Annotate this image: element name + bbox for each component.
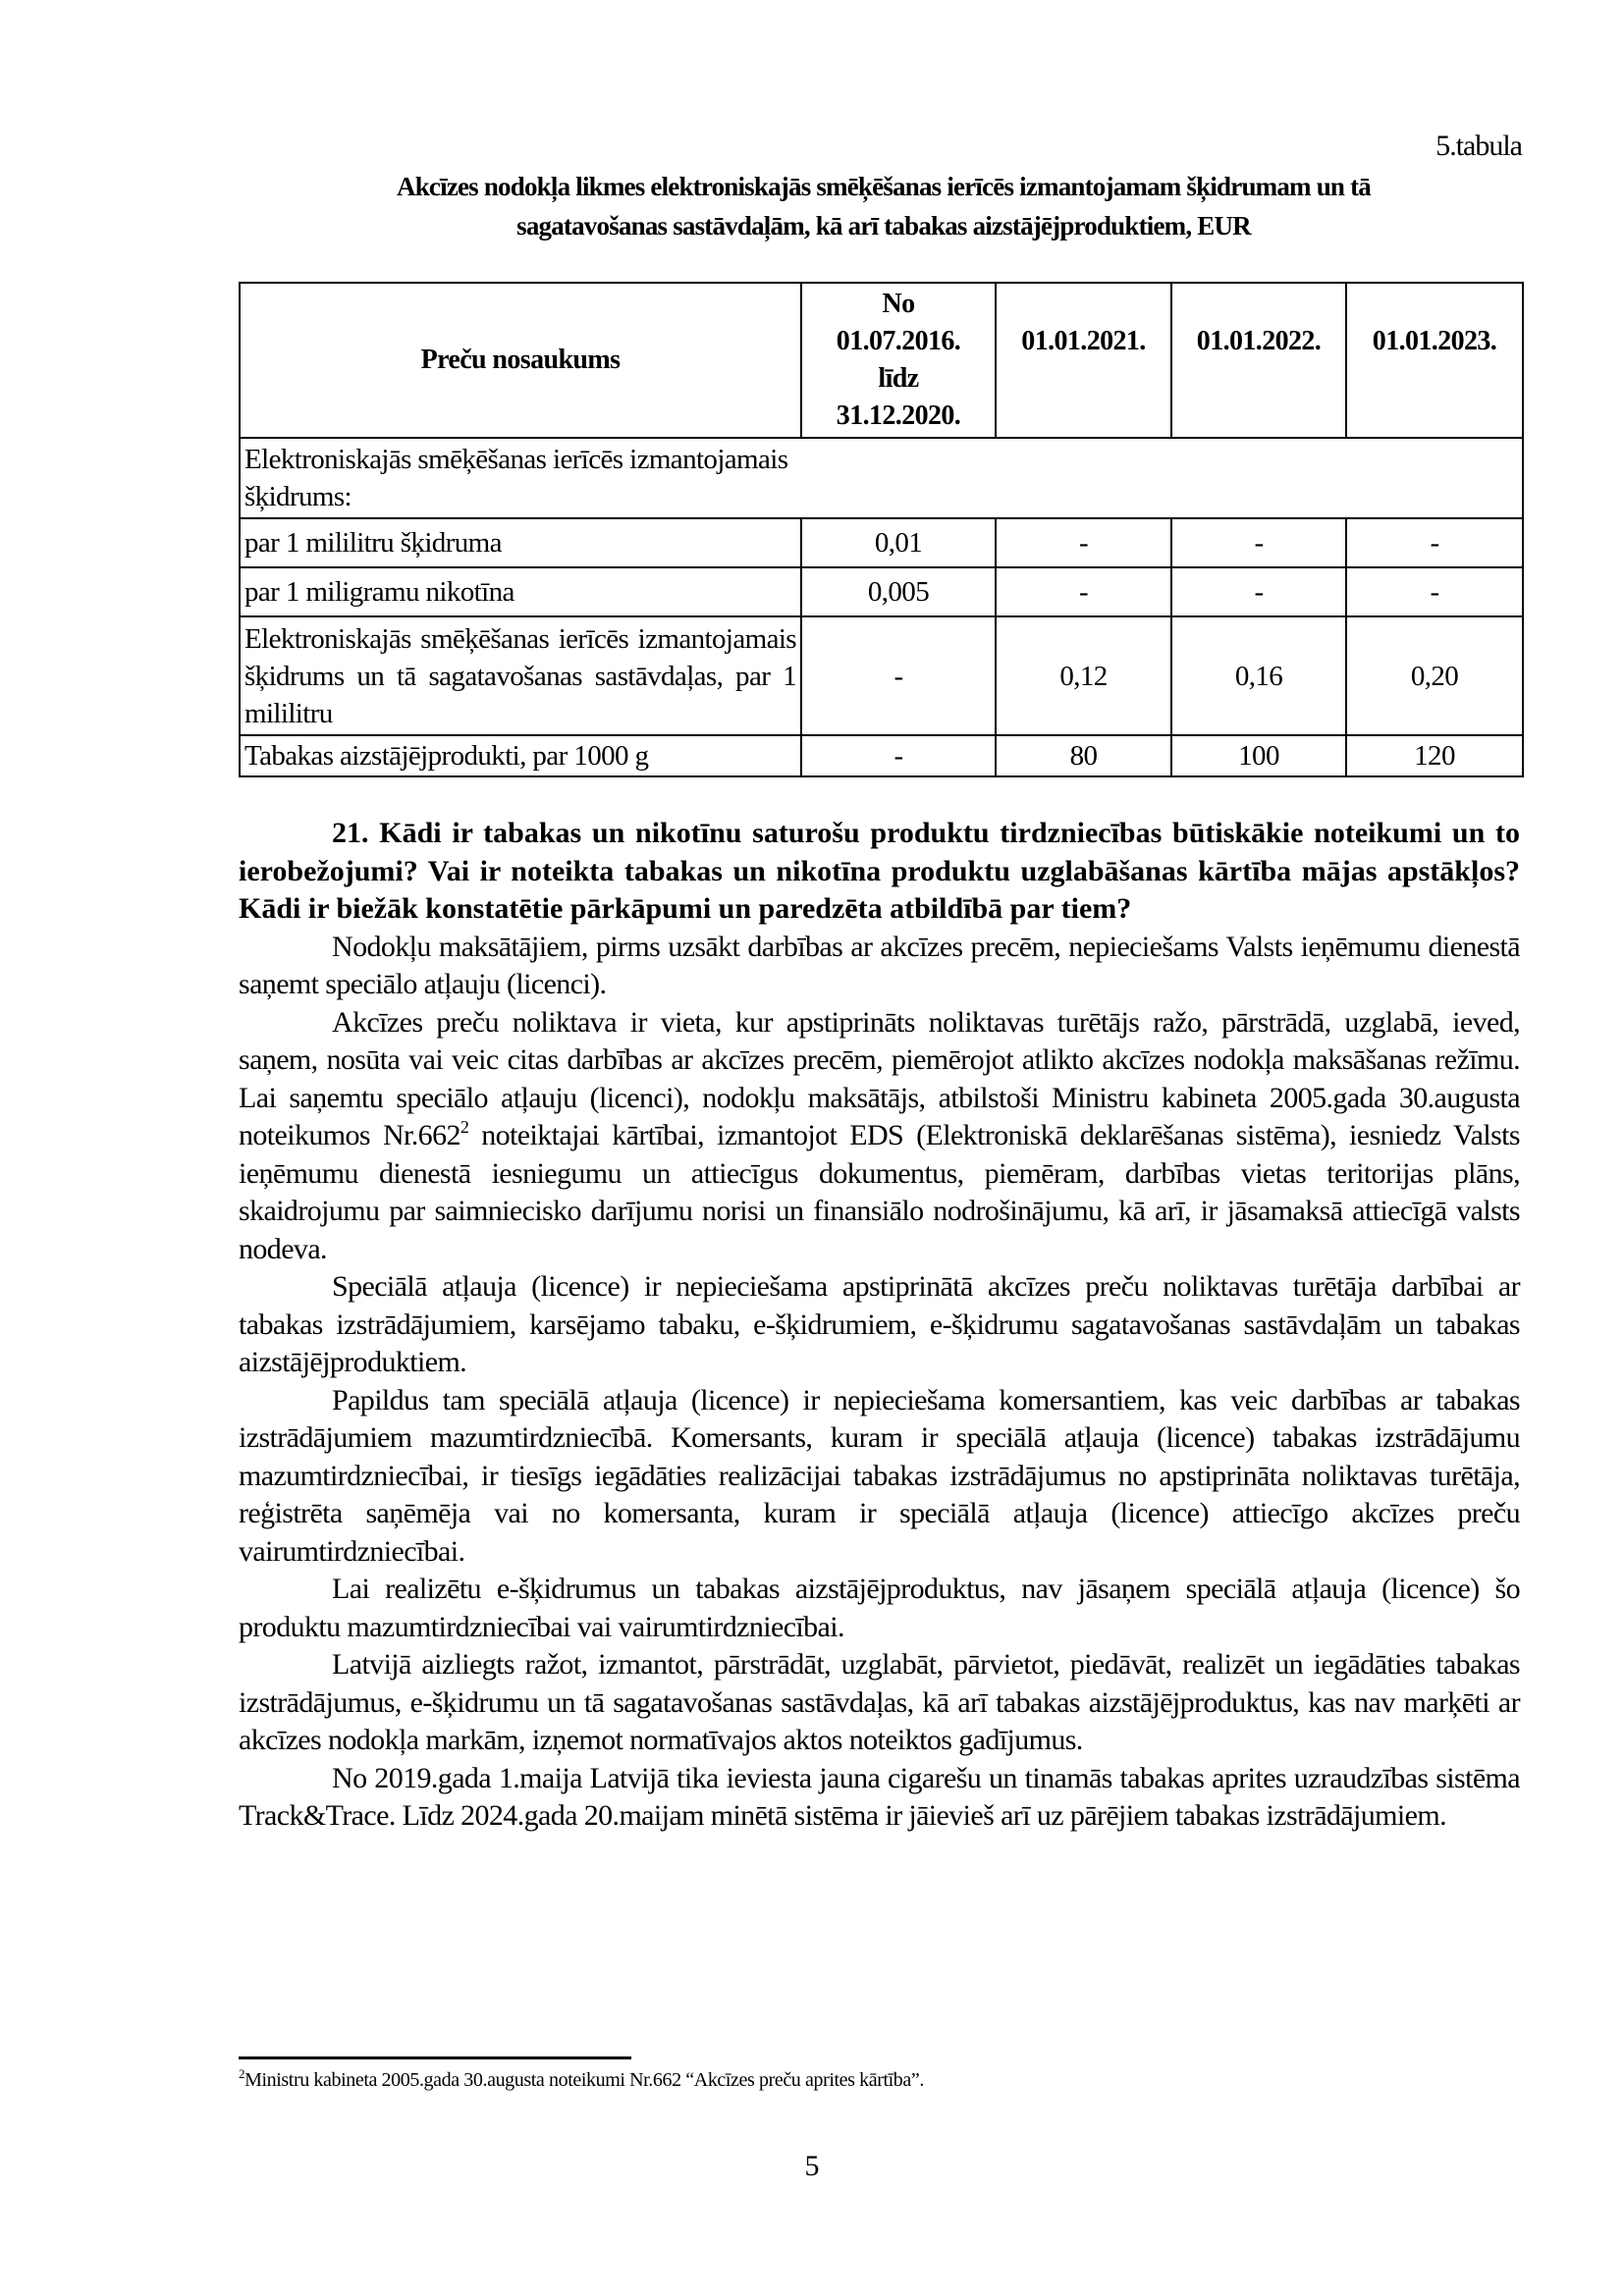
table-label: 5.tabula [1435, 130, 1522, 163]
table-caption: Akcīzes nodokļa likmes elektroniskajās s… [245, 167, 1522, 245]
row-value: - [801, 735, 996, 776]
row-value: 0,20 [1346, 616, 1523, 735]
row-value: 100 [1171, 735, 1346, 776]
footnote: 2Ministru kabineta 2005.gada 30.augusta … [239, 2069, 924, 2092]
row-value: - [1346, 567, 1523, 616]
paragraph: Papildus tam speciālā atļauja (licence) … [239, 1382, 1520, 1572]
row-value: 0,01 [801, 518, 996, 567]
paragraph: No 2019.gada 1.maija Latvijā tika ievies… [239, 1760, 1520, 1836]
row-value: 80 [996, 735, 1171, 776]
header-period-4: 01.01.2023. [1346, 283, 1523, 438]
header-period-3: 01.01.2022. [1171, 283, 1346, 438]
header-period-1: No 01.07.2016. līdz 31.12.2020. [801, 283, 996, 438]
row-value: - [1171, 518, 1346, 567]
row-value: 0,12 [996, 616, 1171, 735]
section-body: 21. Kādi ir tabakas un nikotīnu saturošu… [239, 815, 1520, 1836]
header-period-2: 01.01.2021. [996, 283, 1171, 438]
paragraph: Lai realizētu e-šķidrumus un tabakas aiz… [239, 1571, 1520, 1646]
header-product-name: Preču nosaukums [240, 283, 801, 438]
row-value: - [996, 518, 1171, 567]
row-name: Elektroniskajās smēķēšanas ierīcēs izman… [240, 616, 801, 735]
row-value: - [1346, 518, 1523, 567]
row-value: 0,16 [1171, 616, 1346, 735]
group-row-label: Elektroniskajās smēķēšanas ierīcēs izman… [244, 441, 893, 515]
table-caption-line-1: Akcīzes nodokļa likmes elektroniskajās s… [245, 167, 1522, 206]
paragraph: Speciālā atļauja (licence) ir nepiecieša… [239, 1268, 1520, 1382]
row-name: par 1 mililitru šķidruma [240, 518, 801, 567]
table-row: Tabakas aizstājējprodukti, par 1000 g - … [240, 735, 1523, 776]
row-value: - [801, 616, 996, 735]
table-row: Elektroniskajās smēķēšanas ierīcēs izman… [240, 616, 1523, 735]
paragraph: Akcīzes preču noliktava ir vieta, kur ap… [239, 1004, 1520, 1269]
row-value: 0,005 [801, 567, 996, 616]
paragraph: Latvijā aizliegts ražot, izmantot, pārst… [239, 1646, 1520, 1760]
table-header-row: Preču nosaukums No 01.07.2016. līdz 31.1… [240, 283, 1523, 438]
section-question: 21. Kādi ir tabakas un nikotīnu saturošu… [239, 815, 1520, 929]
paragraph: Nodokļu maksātājiem, pirms uzsākt darbīb… [239, 929, 1520, 1004]
excise-rates-table: Preču nosaukums No 01.07.2016. līdz 31.1… [239, 282, 1524, 777]
table-group-row: Elektroniskajās smēķēšanas ierīcēs izman… [240, 438, 1523, 518]
row-value: 120 [1346, 735, 1523, 776]
row-name: par 1 miligramu nikotīna [240, 567, 801, 616]
table-row: par 1 mililitru šķidruma 0,01 - - - [240, 518, 1523, 567]
row-value: - [996, 567, 1171, 616]
document-page: 5.tabula Akcīzes nodokļa likmes elektron… [0, 0, 1624, 2296]
row-name: Tabakas aizstājējprodukti, par 1000 g [240, 735, 801, 776]
table-caption-line-2: sagatavošanas sastāvdaļām, kā arī tabaka… [245, 206, 1522, 245]
footnote-divider [239, 2056, 631, 2059]
page-number: 5 [0, 2150, 1624, 2183]
row-value: - [1171, 567, 1346, 616]
table-row: par 1 miligramu nikotīna 0,005 - - - [240, 567, 1523, 616]
footnote-text: Ministru kabineta 2005.gada 30.augusta n… [244, 2069, 924, 2091]
